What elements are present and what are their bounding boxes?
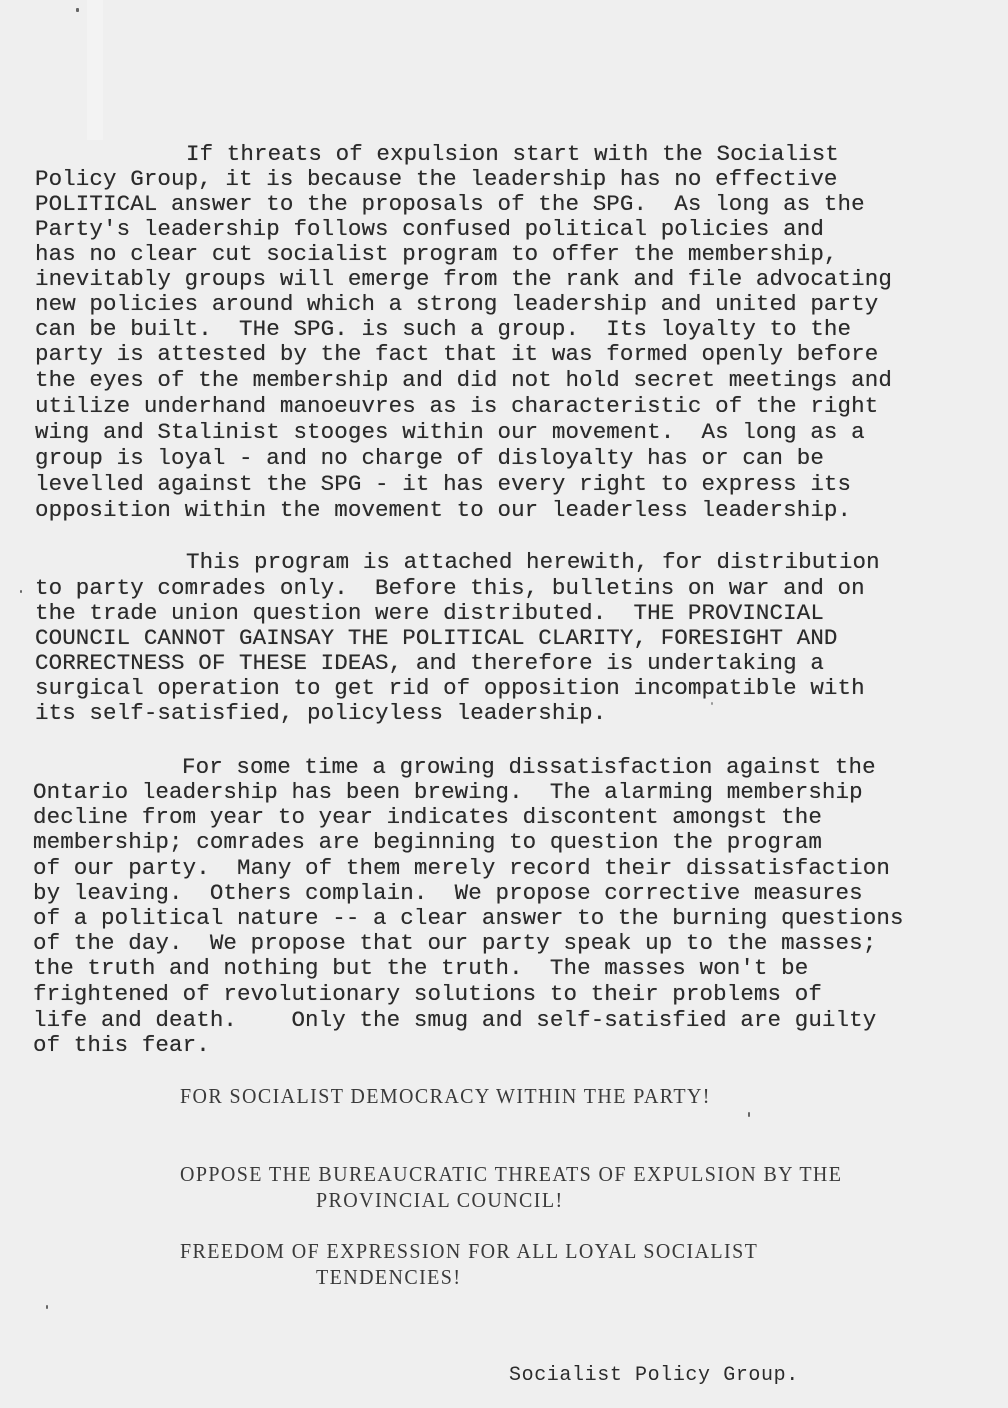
text-line: the trade union question were distribute… [35, 601, 824, 626]
paper-edge-shadow [87, 0, 103, 140]
text-line: POLITICAL answer to the proposals of the… [35, 192, 865, 217]
text-line: group is loyal - and no charge of disloy… [35, 446, 824, 471]
text-line: the eyes of the membership and did not h… [35, 368, 892, 393]
slogan-line: FOR SOCIALIST DEMOCRACY WITHIN THE PARTY… [180, 1084, 711, 1109]
slogan-line: OPPOSE THE BUREAUCRATIC THREATS OF EXPUL… [180, 1162, 842, 1187]
text-line: opposition within the movement to our le… [35, 498, 851, 523]
text-line: utilize underhand manoeuvres as is chara… [35, 394, 878, 419]
signature: Socialist Policy Group. [509, 1364, 799, 1388]
text-line: Ontario leadership has been brewing. The… [33, 780, 863, 805]
text-line: can be built. THe SPG. is such a group. … [35, 317, 851, 342]
ink-speck [748, 1112, 750, 1117]
text-line: This program is attached herewith, for d… [186, 550, 880, 575]
text-line: of a political nature -- a clear answer … [33, 906, 904, 931]
slogan-line: PROVINCIAL COUNCIL! [316, 1188, 564, 1213]
text-line: to party comrades only. Before this, bul… [35, 576, 865, 601]
text-line: its self-satisfied, policyless leadershi… [35, 701, 606, 726]
text-line: levelled against the SPG - it has every … [35, 472, 851, 497]
text-line: by leaving. Others complain. We propose … [33, 881, 863, 906]
ink-speck [711, 702, 713, 705]
text-line: the truth and nothing but the truth. The… [33, 956, 808, 981]
text-line: has no clear cut socialist program to of… [35, 242, 838, 267]
text-line: If threats of expulsion start with the S… [186, 142, 839, 167]
text-line: new policies around which a strong leade… [35, 292, 878, 317]
typewritten-page: If threats of expulsion start with the S… [0, 0, 1008, 1408]
ink-speck [20, 590, 22, 593]
ink-speck [46, 1305, 48, 1309]
text-line: wing and Stalinist stooges within our mo… [35, 420, 865, 445]
text-line: party is attested by the fact that it wa… [35, 342, 878, 367]
text-line: surgical operation to get rid of opposit… [35, 676, 865, 701]
slogan-line: FREEDOM OF EXPRESSION FOR ALL LOYAL SOCI… [180, 1239, 758, 1264]
ink-speck [76, 8, 79, 12]
text-line: of the day. We propose that our party sp… [33, 931, 876, 956]
text-line: Policy Group, it is because the leadersh… [35, 167, 838, 192]
text-line: of our party. Many of them merely record… [33, 856, 890, 881]
text-line: CORRECTNESS OF THESE IDEAS, and therefor… [35, 651, 824, 676]
text-line: COUNCIL CANNOT GAINSAY THE POLITICAL CLA… [35, 626, 838, 651]
text-line: membership; comrades are beginning to qu… [33, 830, 822, 855]
slogan-line: TENDENCIES! [316, 1265, 461, 1290]
text-line: decline from year to year indicates disc… [33, 805, 822, 830]
text-line: frightened of revolutionary solutions to… [33, 982, 822, 1007]
text-line: life and death. Only the smug and self-s… [33, 1008, 876, 1033]
text-line: inevitably groups will emerge from the r… [35, 267, 892, 292]
text-line: of this fear. [33, 1033, 210, 1058]
text-line: For some time a growing dissatisfaction … [182, 755, 876, 780]
text-line: Party's leadership follows confused poli… [35, 217, 824, 242]
